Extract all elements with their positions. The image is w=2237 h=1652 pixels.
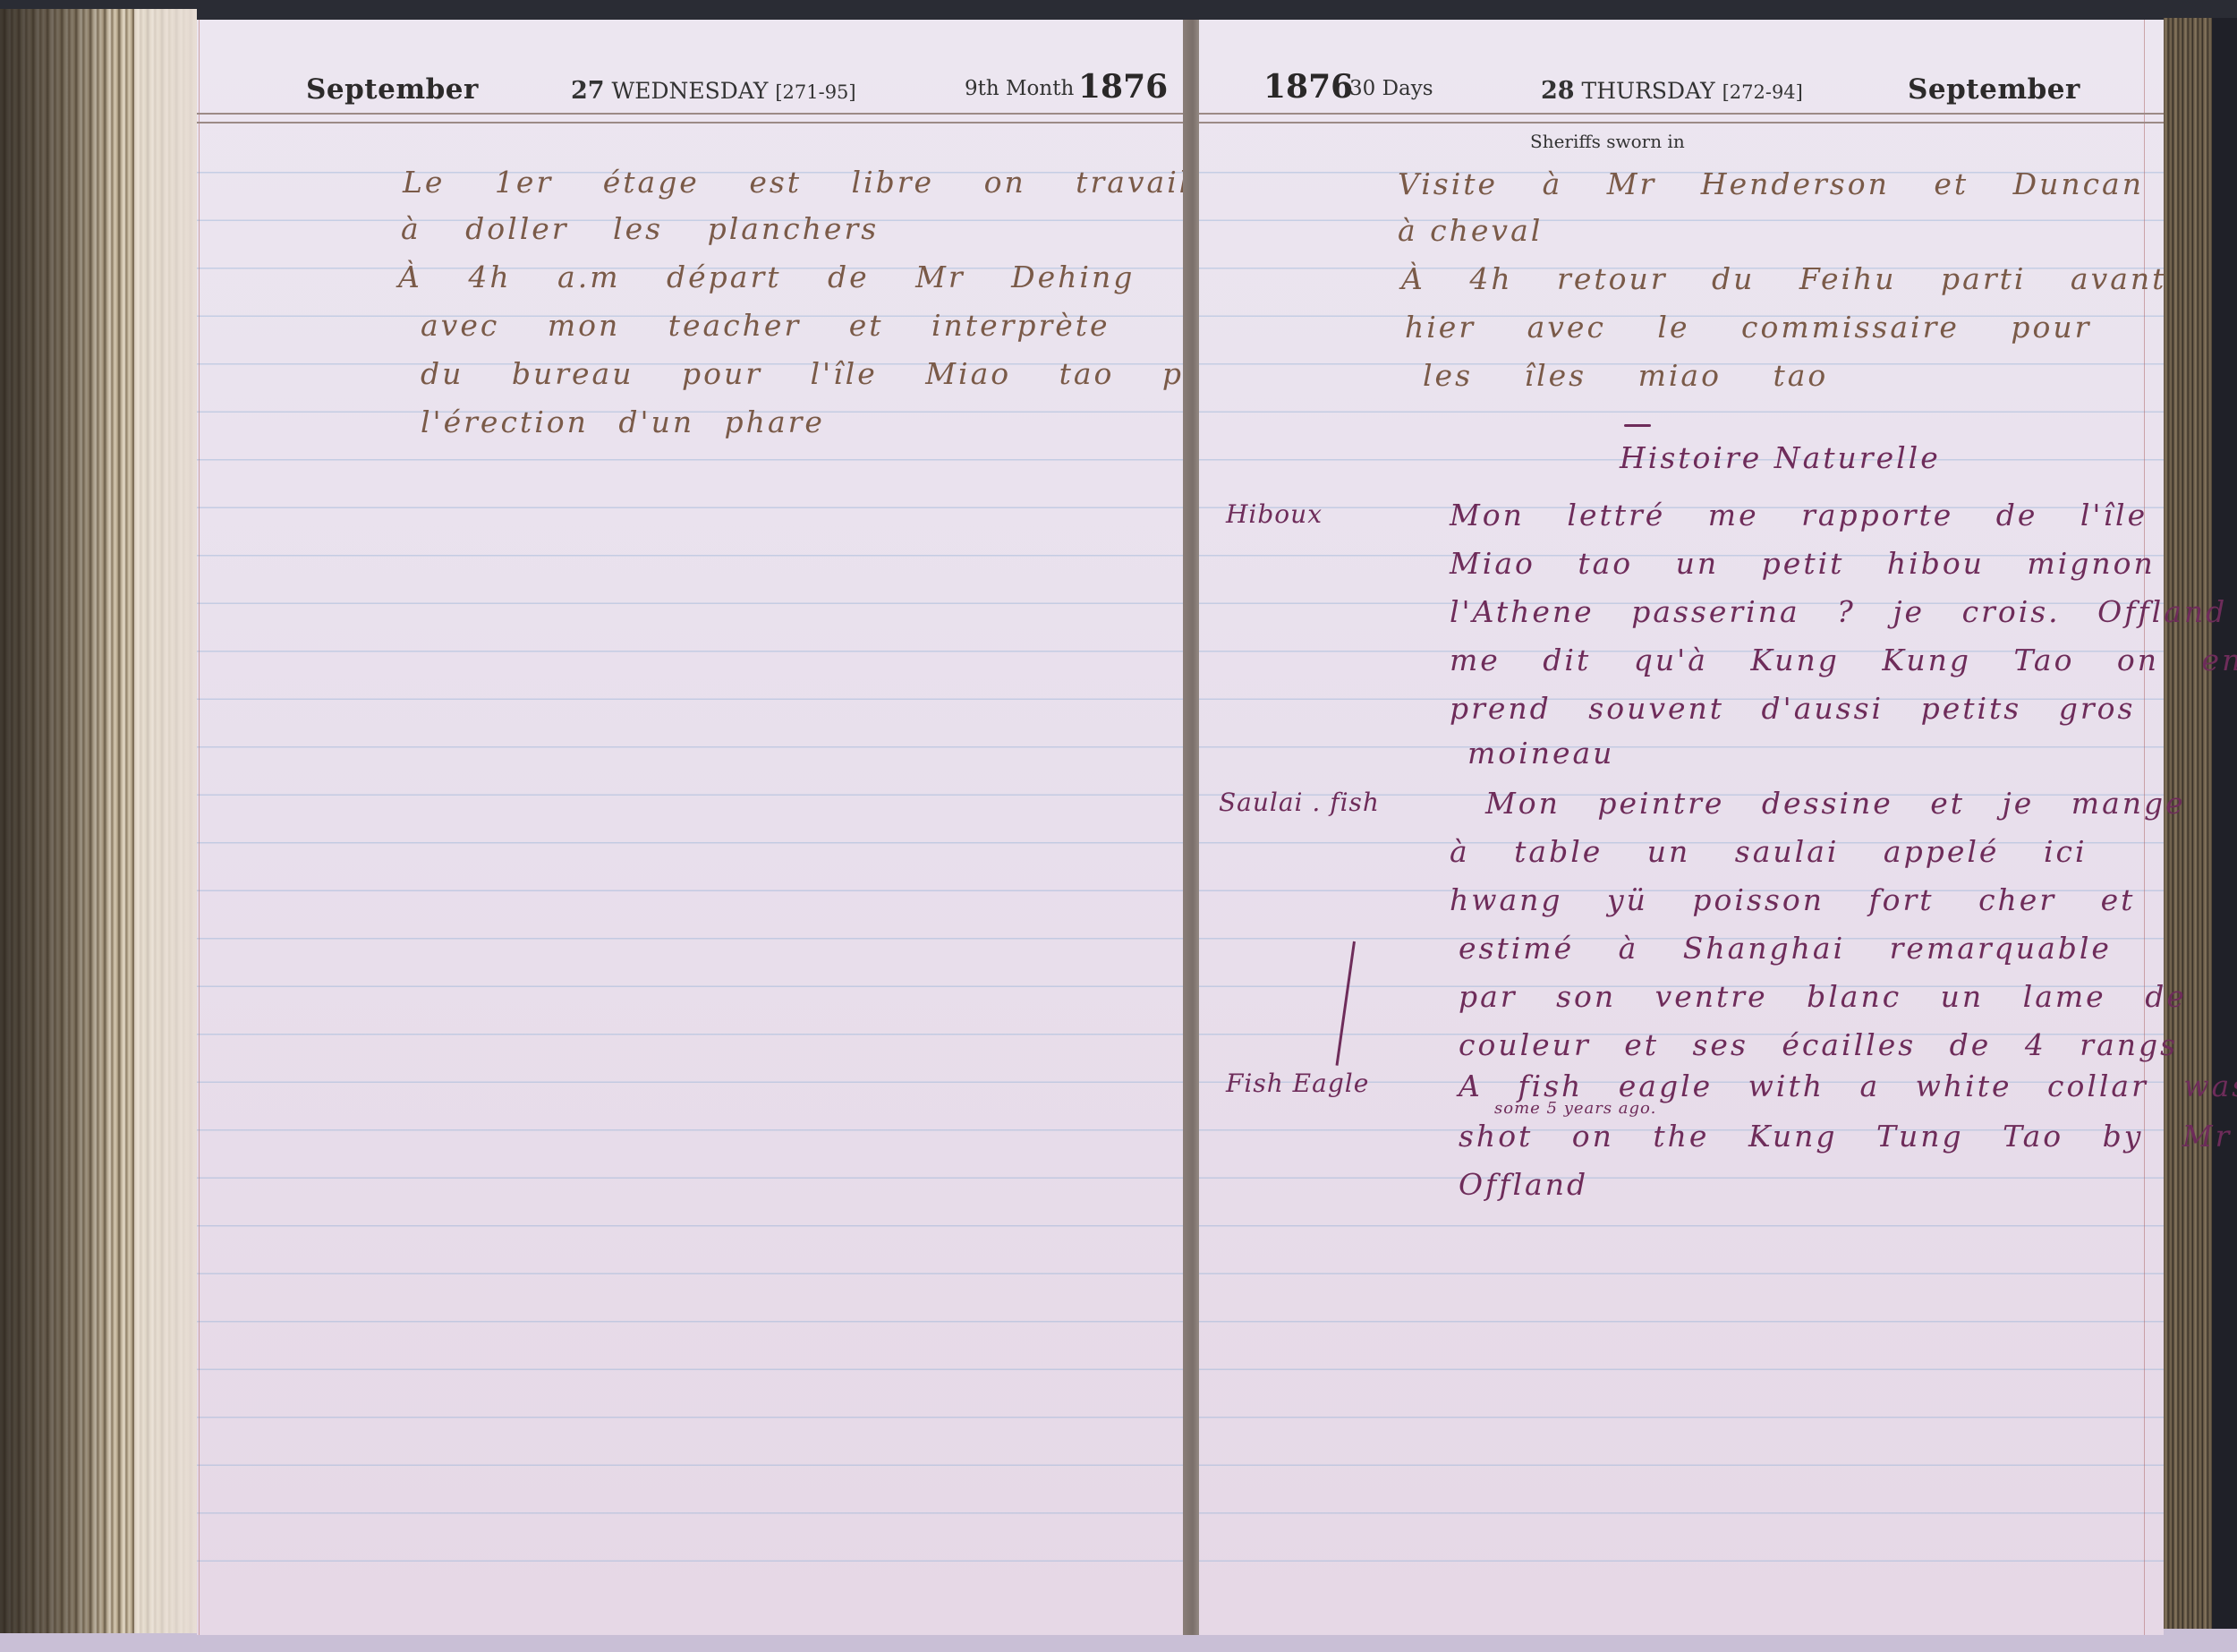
header-day-of-year: [271-95] (775, 81, 855, 103)
handwritten-line: À 4h retour du Feihu parti avant (1401, 261, 2166, 296)
handwritten-line: Offland (1459, 1167, 1588, 1202)
handwritten-line: à doller les planchers (401, 211, 879, 246)
diary-page-right: 1876 30 Days 28 THURSDAY [272-94] Septem… (1199, 20, 2164, 1635)
handwritten-line: hwang yü poisson fort cher et (1450, 882, 2135, 917)
header-year: 1876 (1078, 68, 1168, 106)
handwritten-line: à table un saulai appelé ici (1450, 834, 2088, 869)
handwritten-line: l'Athene passerina ? je crois. Offland (1450, 594, 2227, 629)
handwritten-line: Le 1er étage est libre on travaille (403, 165, 1223, 200)
header-month: September (1908, 73, 2080, 106)
ruled-lines (197, 125, 1186, 1608)
header-day-of-year: [272-94] (1722, 81, 1803, 103)
handwritten-line: Mon lettré me rapporte de l'île (1450, 498, 2148, 532)
header-day-number: 27 (571, 77, 605, 105)
header-year: 1876 (1263, 68, 1353, 106)
handwritten-line: l'érection d'un phare (421, 404, 825, 439)
handwritten-line: à cheval (1398, 213, 1543, 248)
page-margin-line (199, 20, 200, 1635)
page-header-right: 1876 30 Days 28 THURSDAY [272-94] Septem… (1199, 54, 2164, 107)
handwritten-line: hier avec le commissaire pour (1405, 310, 2091, 345)
handwritten-line: Visite à Mr Henderson et Duncan (1398, 166, 2144, 201)
margin-label: Hiboux (1226, 499, 1323, 529)
header-month: September (306, 73, 479, 106)
page-header-left: September 27 WEDNESDAY [271-95] 9th Mont… (197, 54, 1186, 107)
handwritten-line: avec mon teacher et interprète (421, 308, 1110, 343)
handwritten-line: shot on the Kung Tung Tao by Mr (1459, 1119, 2232, 1154)
margin-label: Fish Eagle (1226, 1069, 1369, 1098)
header-date: 28 THURSDAY [272-94] (1541, 77, 1803, 105)
handwritten-line: estimé à Shanghai remarquable (1459, 931, 2112, 966)
header-weekday: THURSDAY (1582, 78, 1715, 104)
header-date: 27 WEDNESDAY [271-95] (571, 77, 856, 105)
handwritten-line: moineau (1467, 736, 1614, 771)
section-mark (1624, 424, 1651, 427)
header-weekday: WEDNESDAY (612, 78, 769, 104)
header-days-label: 30 Days (1349, 77, 1433, 100)
handwritten-line: prend souvent d'aussi petits gros (1450, 691, 2135, 726)
page-stack-right (2164, 18, 2237, 1629)
handwritten-line: du bureau pour l'île Miao tao pour (421, 356, 1243, 391)
handwritten-line: couleur et ses écailles de 4 rangs (1459, 1027, 2178, 1062)
handwritten-line: par son ventre blanc un lame de (1459, 979, 2187, 1014)
header-double-rule (1199, 113, 2164, 123)
header-double-rule (197, 113, 1186, 123)
handwritten-line: les îles miao tao (1423, 358, 1828, 393)
page-stack-left (0, 9, 197, 1633)
interlinear-note: some 5 years ago. (1494, 1099, 1656, 1118)
header-month-label: 9th Month (965, 77, 1074, 100)
handwritten-line: Miao tao un petit hibou mignon (1450, 546, 2156, 581)
handwritten-line: Mon peintre dessine et je mange (1485, 786, 2186, 821)
printed-note: Sheriffs sworn in (1530, 131, 1685, 152)
diary-page-left: September 27 WEDNESDAY [271-95] 9th Mont… (197, 20, 1186, 1635)
handwritten-line: À 4h a.m départ de Mr Dehing (398, 260, 1135, 294)
header-day-number: 28 (1541, 77, 1575, 105)
handwritten-line: me dit qu'à Kung Kung Tao on en (1450, 643, 2237, 677)
section-heading: Histoire Naturelle (1620, 440, 1941, 475)
margin-label: Saulai . fish (1219, 788, 1380, 817)
